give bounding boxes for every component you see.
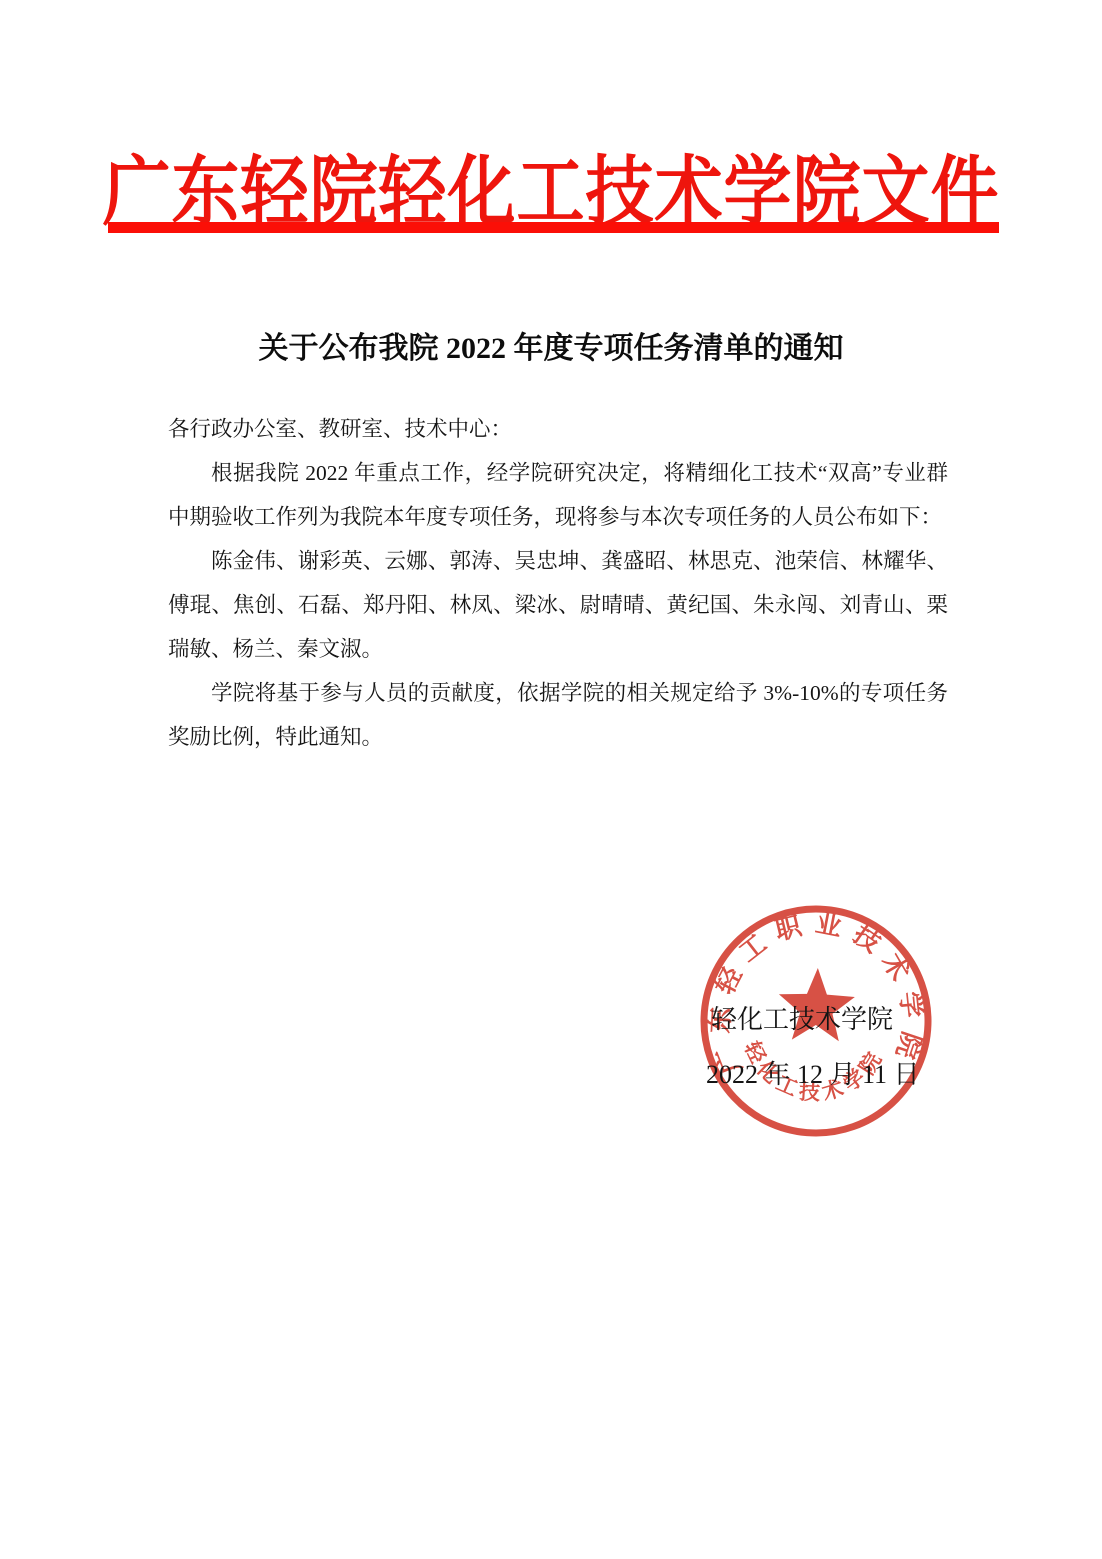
document-page: 广东轻院轻化工技术学院文件 关于公布我院 2022 年度专项任务清单的通知 各行… [0,0,1102,1559]
signature-unit: 轻化工技术学院 [711,999,893,1036]
paragraph-reward: 学院将基于参与人员的贡献度，依据学院的相关规定给予 3%-10%的专项任务奖励比… [168,671,948,759]
document-title: 关于公布我院 2022 年度专项任务清单的通知 [0,323,1102,367]
paragraph-intro: 根据我院 2022 年重点工作，经学院研究决定，将精细化工技术“双高”专业群中期… [168,451,948,539]
paragraph-names: 陈金伟、谢彩英、云娜、郭涛、吴忠坤、龚盛昭、林思克、池荣信、林耀华、傅琨、焦创、… [168,539,948,671]
document-body: 各行政办公室、教研室、技术中心： 根据我院 2022 年重点工作，经学院研究决定… [168,407,948,759]
signature-date: 2022 年 12 月 11 日 [706,1054,920,1091]
letterhead-divider [108,222,999,233]
salutation: 各行政办公室、教研室、技术中心： [168,407,948,451]
